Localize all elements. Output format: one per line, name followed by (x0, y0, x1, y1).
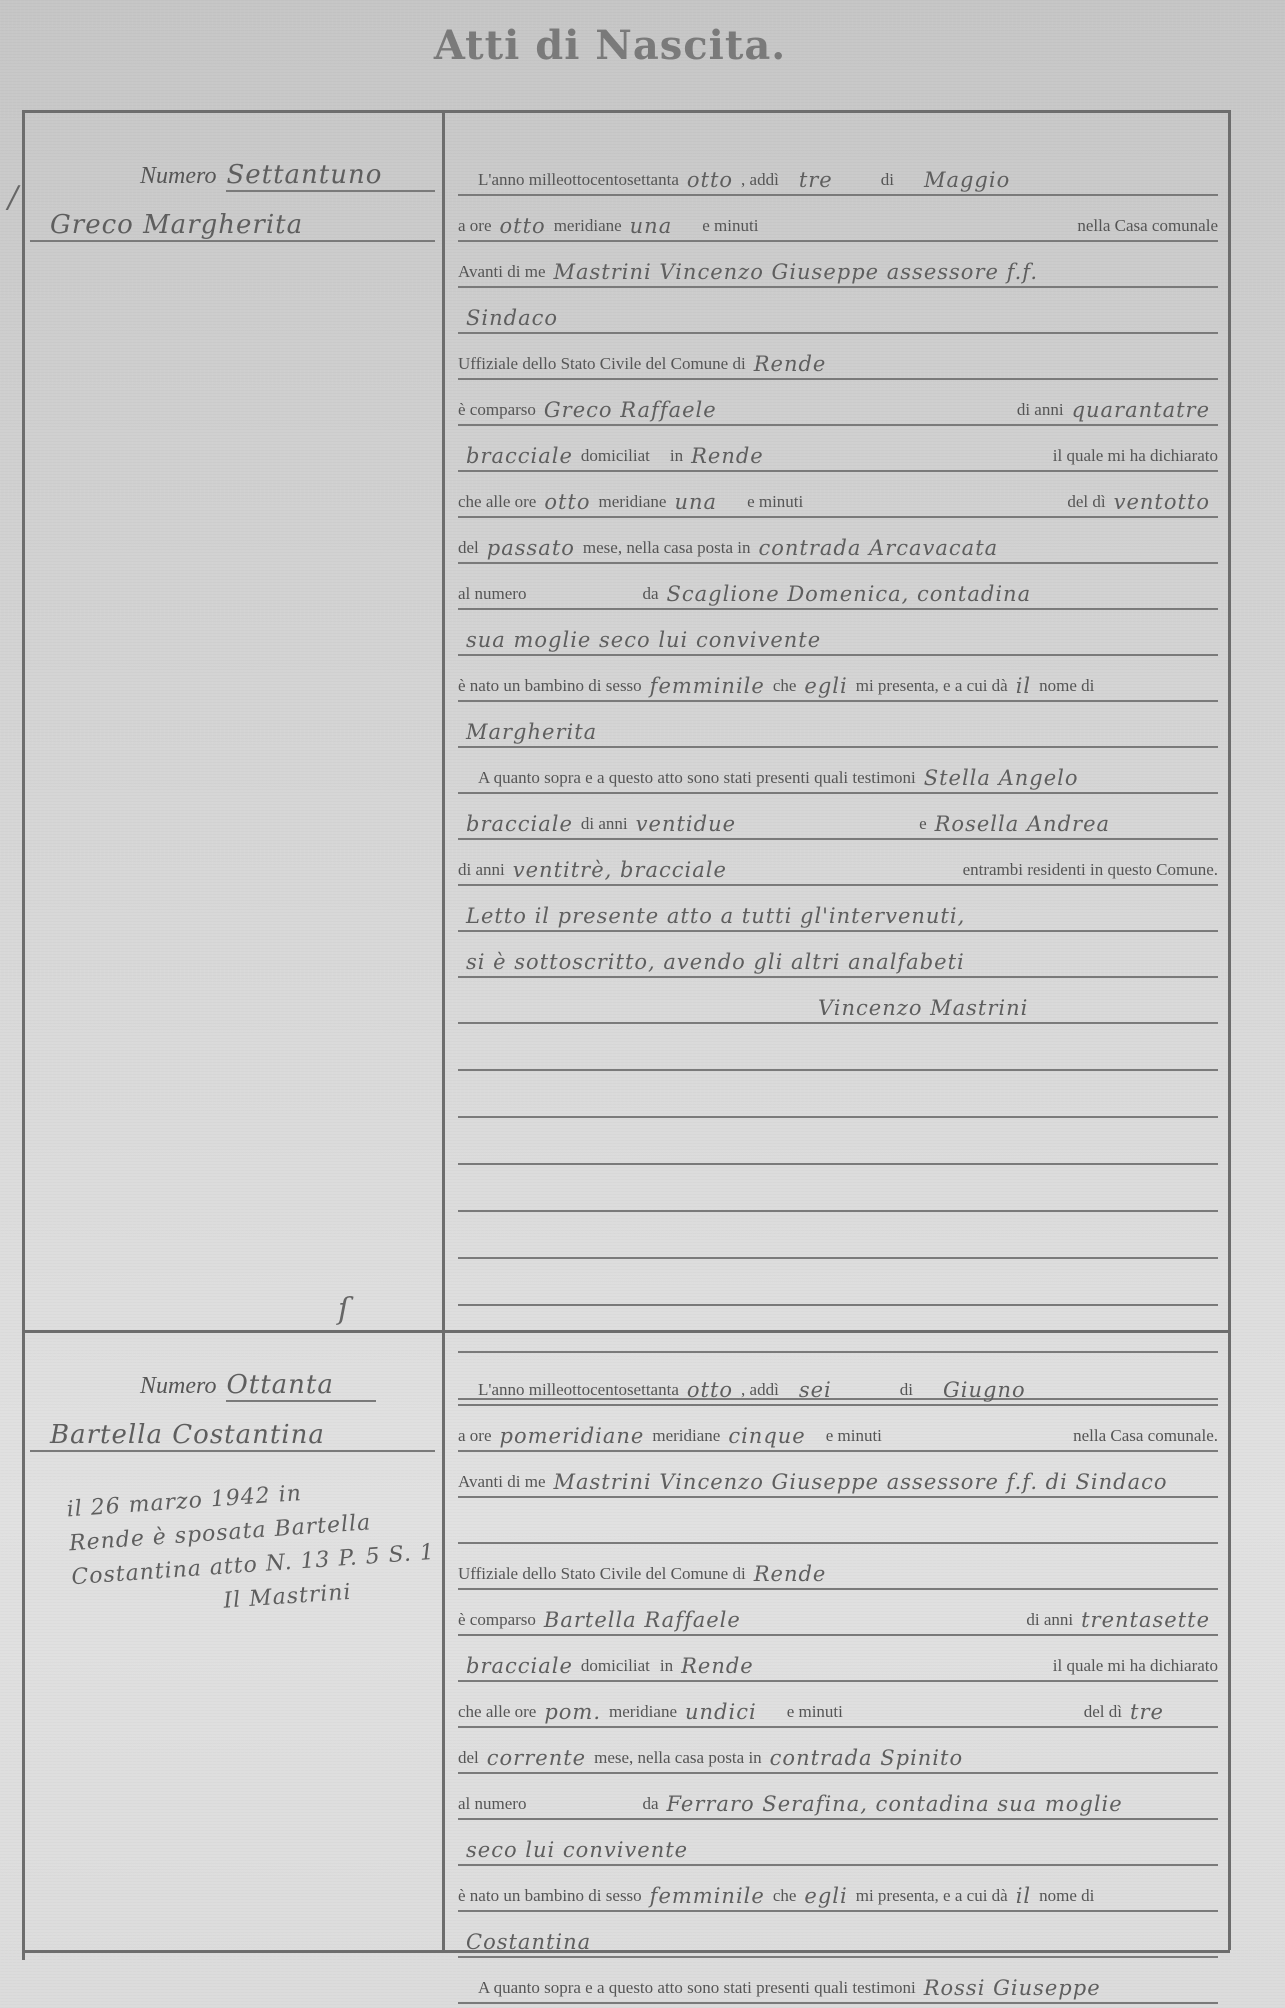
record-line: che alle ore pom. meridiane undici e min… (458, 1682, 1218, 1728)
printed-text: L'anno milleottocentosettanta (458, 170, 679, 194)
printed-text: nella Casa comunale (1077, 216, 1218, 240)
blank-ruled-line (458, 1259, 1218, 1306)
printed-text: meridiane (609, 1702, 677, 1726)
printed-text: di anni (458, 860, 505, 884)
numero-line: Numero Settantuno (140, 160, 435, 192)
handwritten-officer: Mastrini Vincenzo Giuseppe assessore f.f… (546, 260, 1219, 286)
printed-text: da (642, 584, 658, 608)
printed-text: e (919, 814, 927, 838)
record-2-left-column: Numero Ottanta Bartella Costantina il 26… (30, 1370, 435, 1618)
printed-text: meridiane (554, 216, 622, 240)
record-line: è nato un bambino di sesso femminile che… (458, 656, 1218, 702)
handwritten-day: tre (1122, 1700, 1218, 1726)
printed-text: del dì (1084, 1702, 1122, 1726)
handwritten-day: sei (779, 1378, 840, 1404)
printed-text: è comparso (458, 1610, 536, 1634)
blank-ruled-line (458, 1212, 1218, 1259)
printed-text: nome di (1039, 676, 1094, 700)
handwritten-day: ventotto (1106, 490, 1218, 516)
record-line: bracciale domiciliat in Rende il quale m… (458, 426, 1218, 472)
registrant-name: Bartella Costantina (30, 1420, 435, 1452)
printed-text: del dì (1067, 492, 1105, 516)
handwritten-text: egli (796, 1884, 855, 1910)
handwritten-text: cinque (720, 1424, 825, 1450)
handwritten-closing: si è sottoscritto, avendo gli altri anal… (458, 950, 1218, 976)
printed-text: al numero (458, 1794, 526, 1818)
handwritten-minutes (882, 1448, 1073, 1450)
printed-text: del (458, 538, 479, 562)
printed-text: Avanti di me (458, 1472, 546, 1496)
printed-text: del (458, 1748, 479, 1772)
printed-text: , addì (741, 1380, 779, 1404)
record-line: del corrente mese, nella casa posta in c… (458, 1728, 1218, 1774)
blank-ruled-line (458, 1118, 1218, 1165)
record-line: Uffiziale dello Stato Civile del Comune … (458, 334, 1218, 380)
record-line: bracciale domiciliat in Rende il quale m… (458, 1636, 1218, 1682)
registrant-name: Greco Margherita (30, 210, 435, 242)
printed-text: di anni (581, 814, 628, 838)
handwritten-sex: femminile (642, 1884, 773, 1910)
handwritten-text: sua moglie seco lui convivente (458, 628, 1218, 654)
handwritten-child-name: Margherita (458, 720, 1218, 746)
blank-ruled-line (458, 1024, 1218, 1071)
handwritten-hour: pomeridiane (492, 1424, 653, 1450)
handwritten-text: una (622, 214, 703, 240)
record-line: del passato mese, nella casa posta in co… (458, 518, 1218, 564)
handwritten-text: corrente (479, 1746, 594, 1772)
record-line: che alle ore otto meridiane una e minuti… (458, 472, 1218, 518)
column-divider (442, 110, 445, 1950)
handwritten-profession: bracciale (458, 1654, 581, 1680)
record-1-left-column: Numero Settantuno Greco Margherita (30, 160, 435, 242)
marriage-annotation: il 26 marzo 1942 in Rende è sposata Bart… (26, 1468, 440, 1632)
printed-text: mi presenta, e a cui dà (856, 1886, 1008, 1910)
record-1-body: L'anno milleottocentosettanta otto , add… (458, 150, 1218, 1400)
record-line: L'anno milleottocentosettanta otto , add… (458, 1360, 1218, 1406)
record-line: Avanti di me Mastrini Vincenzo Giuseppe … (458, 1452, 1218, 1498)
handwritten-child-name: Costantina (458, 1930, 1218, 1956)
frame-left-rule (22, 110, 25, 1960)
handwritten-text: il (1008, 1884, 1039, 1910)
printed-text: che (773, 676, 797, 700)
printed-text: meridiane (599, 492, 667, 516)
record-line: Uffiziale dello Stato Civile del Comune … (458, 1544, 1218, 1590)
printed-text: da (642, 1794, 658, 1818)
printed-text: Uffiziale dello Stato Civile del Comune … (458, 1564, 746, 1588)
printed-text: in (650, 1656, 673, 1680)
handwritten-age: quarantatre (1064, 398, 1218, 424)
record-line: Letto il presente atto a tutti gl'interv… (458, 886, 1218, 932)
record-line (458, 1498, 1218, 1544)
printed-text: di (840, 1380, 913, 1404)
blank-ruled-line (458, 1306, 1218, 1353)
printed-text: mi presenta, e a cui dà (856, 676, 1008, 700)
printed-text: A quanto sopra e a questo atto sono stat… (458, 768, 916, 792)
printed-text: A quanto sopra e a questo atto sono stat… (458, 1978, 916, 2002)
printed-text: e minuti (787, 1702, 843, 1726)
printed-text: meridiane (652, 1426, 720, 1450)
record-line: seco lui convivente (458, 1820, 1218, 1866)
handwritten-text: il (1008, 674, 1039, 700)
printed-text: mese, nella casa posta in (583, 538, 751, 562)
handwritten-text: una (666, 490, 747, 516)
printed-text: a ore (458, 1426, 492, 1450)
page-title: Atti di Nascita. (400, 22, 820, 69)
handwritten-witness: Rosella Andrea (927, 812, 1218, 838)
printed-text: di anni (1026, 1610, 1073, 1634)
printed-text: a ore (458, 216, 492, 240)
numero-value: Settantuno (226, 160, 435, 192)
numero-label: Numero (140, 163, 216, 190)
printed-text: il quale mi ha dichiarato (1053, 1656, 1218, 1680)
handwritten-declarant: Greco Raffaele (536, 398, 1017, 424)
record-line: è comparso Bartella Raffaele di anni tre… (458, 1590, 1218, 1636)
handwritten-age: ventidue (628, 812, 919, 838)
record-line: bracciale di anni ventidue e Rosella And… (458, 794, 1218, 840)
numero-value: Ottanta (226, 1370, 376, 1402)
record-line: Margherita (458, 702, 1218, 748)
record-line: Costantina (458, 1912, 1218, 1958)
officer-signature: Vincenzo Mastrini (458, 996, 1218, 1022)
handwritten-year: otto (679, 1378, 741, 1404)
record-line: L'anno milleottocentosettanta otto , add… (458, 150, 1218, 196)
printed-text: che alle ore (458, 1702, 536, 1726)
handwritten-month: Maggio (894, 168, 1218, 194)
printed-text: Uffiziale dello Stato Civile del Comune … (458, 354, 746, 378)
handwritten-day: tre (779, 168, 841, 194)
handwritten-text: Sindaco (458, 306, 1218, 332)
printed-text: il quale mi ha dichiarato (1053, 446, 1218, 470)
handwritten-text: otto (536, 490, 598, 516)
printed-text: è nato un bambino di sesso (458, 1886, 642, 1910)
handwritten-comune: Rende (746, 352, 1218, 378)
printed-text: nome di (1039, 1886, 1094, 1910)
printed-text: domiciliat (581, 1656, 650, 1680)
printed-text: e minuti (826, 1426, 882, 1450)
handwritten-number (526, 606, 642, 608)
handwritten-location: contrada Spinito (762, 1746, 1218, 1772)
handwritten-number (526, 1816, 642, 1818)
numero-line: Numero Ottanta (140, 1370, 435, 1402)
handwritten-location: contrada Arcavacata (750, 536, 1218, 562)
printed-text: Avanti di me (458, 262, 546, 286)
handwritten-declarant: Bartella Raffaele (536, 1608, 1026, 1634)
printed-text: che alle ore (458, 492, 536, 516)
printed-text: , addì (741, 170, 779, 194)
record-line: Sindaco (458, 288, 1218, 334)
handwritten-text (458, 1540, 1218, 1542)
printed-text: entrambi residenti in questo Comune. (963, 860, 1218, 884)
record-line: sua moglie seco lui convivente (458, 610, 1218, 656)
handwritten-mother: Ferraro Serafina, contadina sua moglie (659, 1792, 1219, 1818)
record-line: Avanti di me Mastrini Vincenzo Giuseppe … (458, 242, 1218, 288)
handwritten-minutes (803, 514, 1067, 516)
handwritten-sex: femminile (642, 674, 773, 700)
handwritten-text: undici (677, 1700, 787, 1726)
record-2-body: L'anno milleottocentosettanta otto , add… (458, 1360, 1218, 2004)
handwritten-minutes (758, 238, 1077, 240)
handwritten-hour: otto (492, 214, 554, 240)
printed-text: è comparso (458, 400, 536, 424)
handwritten-year: otto (679, 168, 741, 194)
printed-text: nella Casa comunale. (1073, 1426, 1218, 1450)
printed-text: e minuti (747, 492, 803, 516)
record-line: di anni ventitrè, bracciale entrambi res… (458, 840, 1218, 886)
handwritten-minutes (843, 1724, 1084, 1726)
record-line: si è sottoscritto, avendo gli altri anal… (458, 932, 1218, 978)
record-line: al numero da Ferraro Serafina, contadina… (458, 1774, 1218, 1820)
handwritten-text: ventitrè, bracciale (505, 858, 963, 884)
blank-ruled-line (458, 1165, 1218, 1212)
record-line: A quanto sopra e a questo atto sono stat… (458, 748, 1218, 794)
handwritten-residence: Rende (683, 444, 1053, 470)
record-line: A quanto sopra e a questo atto sono stat… (458, 1958, 1218, 2004)
printed-text: è nato un bambino di sesso (458, 676, 642, 700)
handwritten-comune: Rende (746, 1562, 1218, 1588)
printed-text: al numero (458, 584, 526, 608)
printed-text: in (650, 446, 683, 470)
handwritten-witness: Stella Angelo (916, 766, 1218, 792)
printed-text: domiciliat (581, 446, 650, 470)
printed-text: di (841, 170, 894, 194)
handwritten-officer: Mastrini Vincenzo Giuseppe assessore f.f… (546, 1470, 1219, 1496)
handwritten-text: pom. (536, 1700, 609, 1726)
handwritten-profession: bracciale (458, 444, 581, 470)
printed-text: e minuti (702, 216, 758, 240)
frame-top-rule (22, 110, 1230, 113)
printed-text: L'anno milleottocentosettanta (458, 1380, 679, 1404)
record-line: a ore otto meridiane una e minuti nella … (458, 196, 1218, 242)
handwritten-mother: Scaglione Domenica, contadina (659, 582, 1219, 608)
handwritten-witness: Rossi Giuseppe (916, 1976, 1218, 2002)
numero-label: Numero (140, 1373, 216, 1400)
handwritten-age: trentasette (1073, 1608, 1218, 1634)
record-line: a ore pomeridiane meridiane cinque e min… (458, 1406, 1218, 1452)
record-line: è comparso Greco Raffaele di anni quaran… (458, 380, 1218, 426)
record-line: al numero da Scaglione Domenica, contadi… (458, 564, 1218, 610)
handwritten-month: Giugno (913, 1378, 1218, 1404)
margin-mark: ſ (338, 1292, 349, 1327)
handwritten-text: egli (796, 674, 855, 700)
frame-right-rule (1228, 110, 1231, 1950)
handwritten-closing: Letto il presente atto a tutti gl'interv… (458, 904, 1218, 930)
record-line: Vincenzo Mastrini (458, 978, 1218, 1024)
printed-text: che (773, 1886, 797, 1910)
handwritten-text: seco lui convivente (458, 1838, 1218, 1864)
blank-ruled-line (458, 1071, 1218, 1118)
printed-text: di anni (1017, 400, 1064, 424)
record-line: è nato un bambino di sesso femminile che… (458, 1866, 1218, 1912)
printed-text: mese, nella casa posta in (594, 1748, 762, 1772)
handwritten-text: passato (479, 536, 583, 562)
margin-scribble: / (8, 180, 18, 215)
handwritten-text: bracciale (458, 812, 581, 838)
handwritten-residence: Rende (673, 1654, 1053, 1680)
